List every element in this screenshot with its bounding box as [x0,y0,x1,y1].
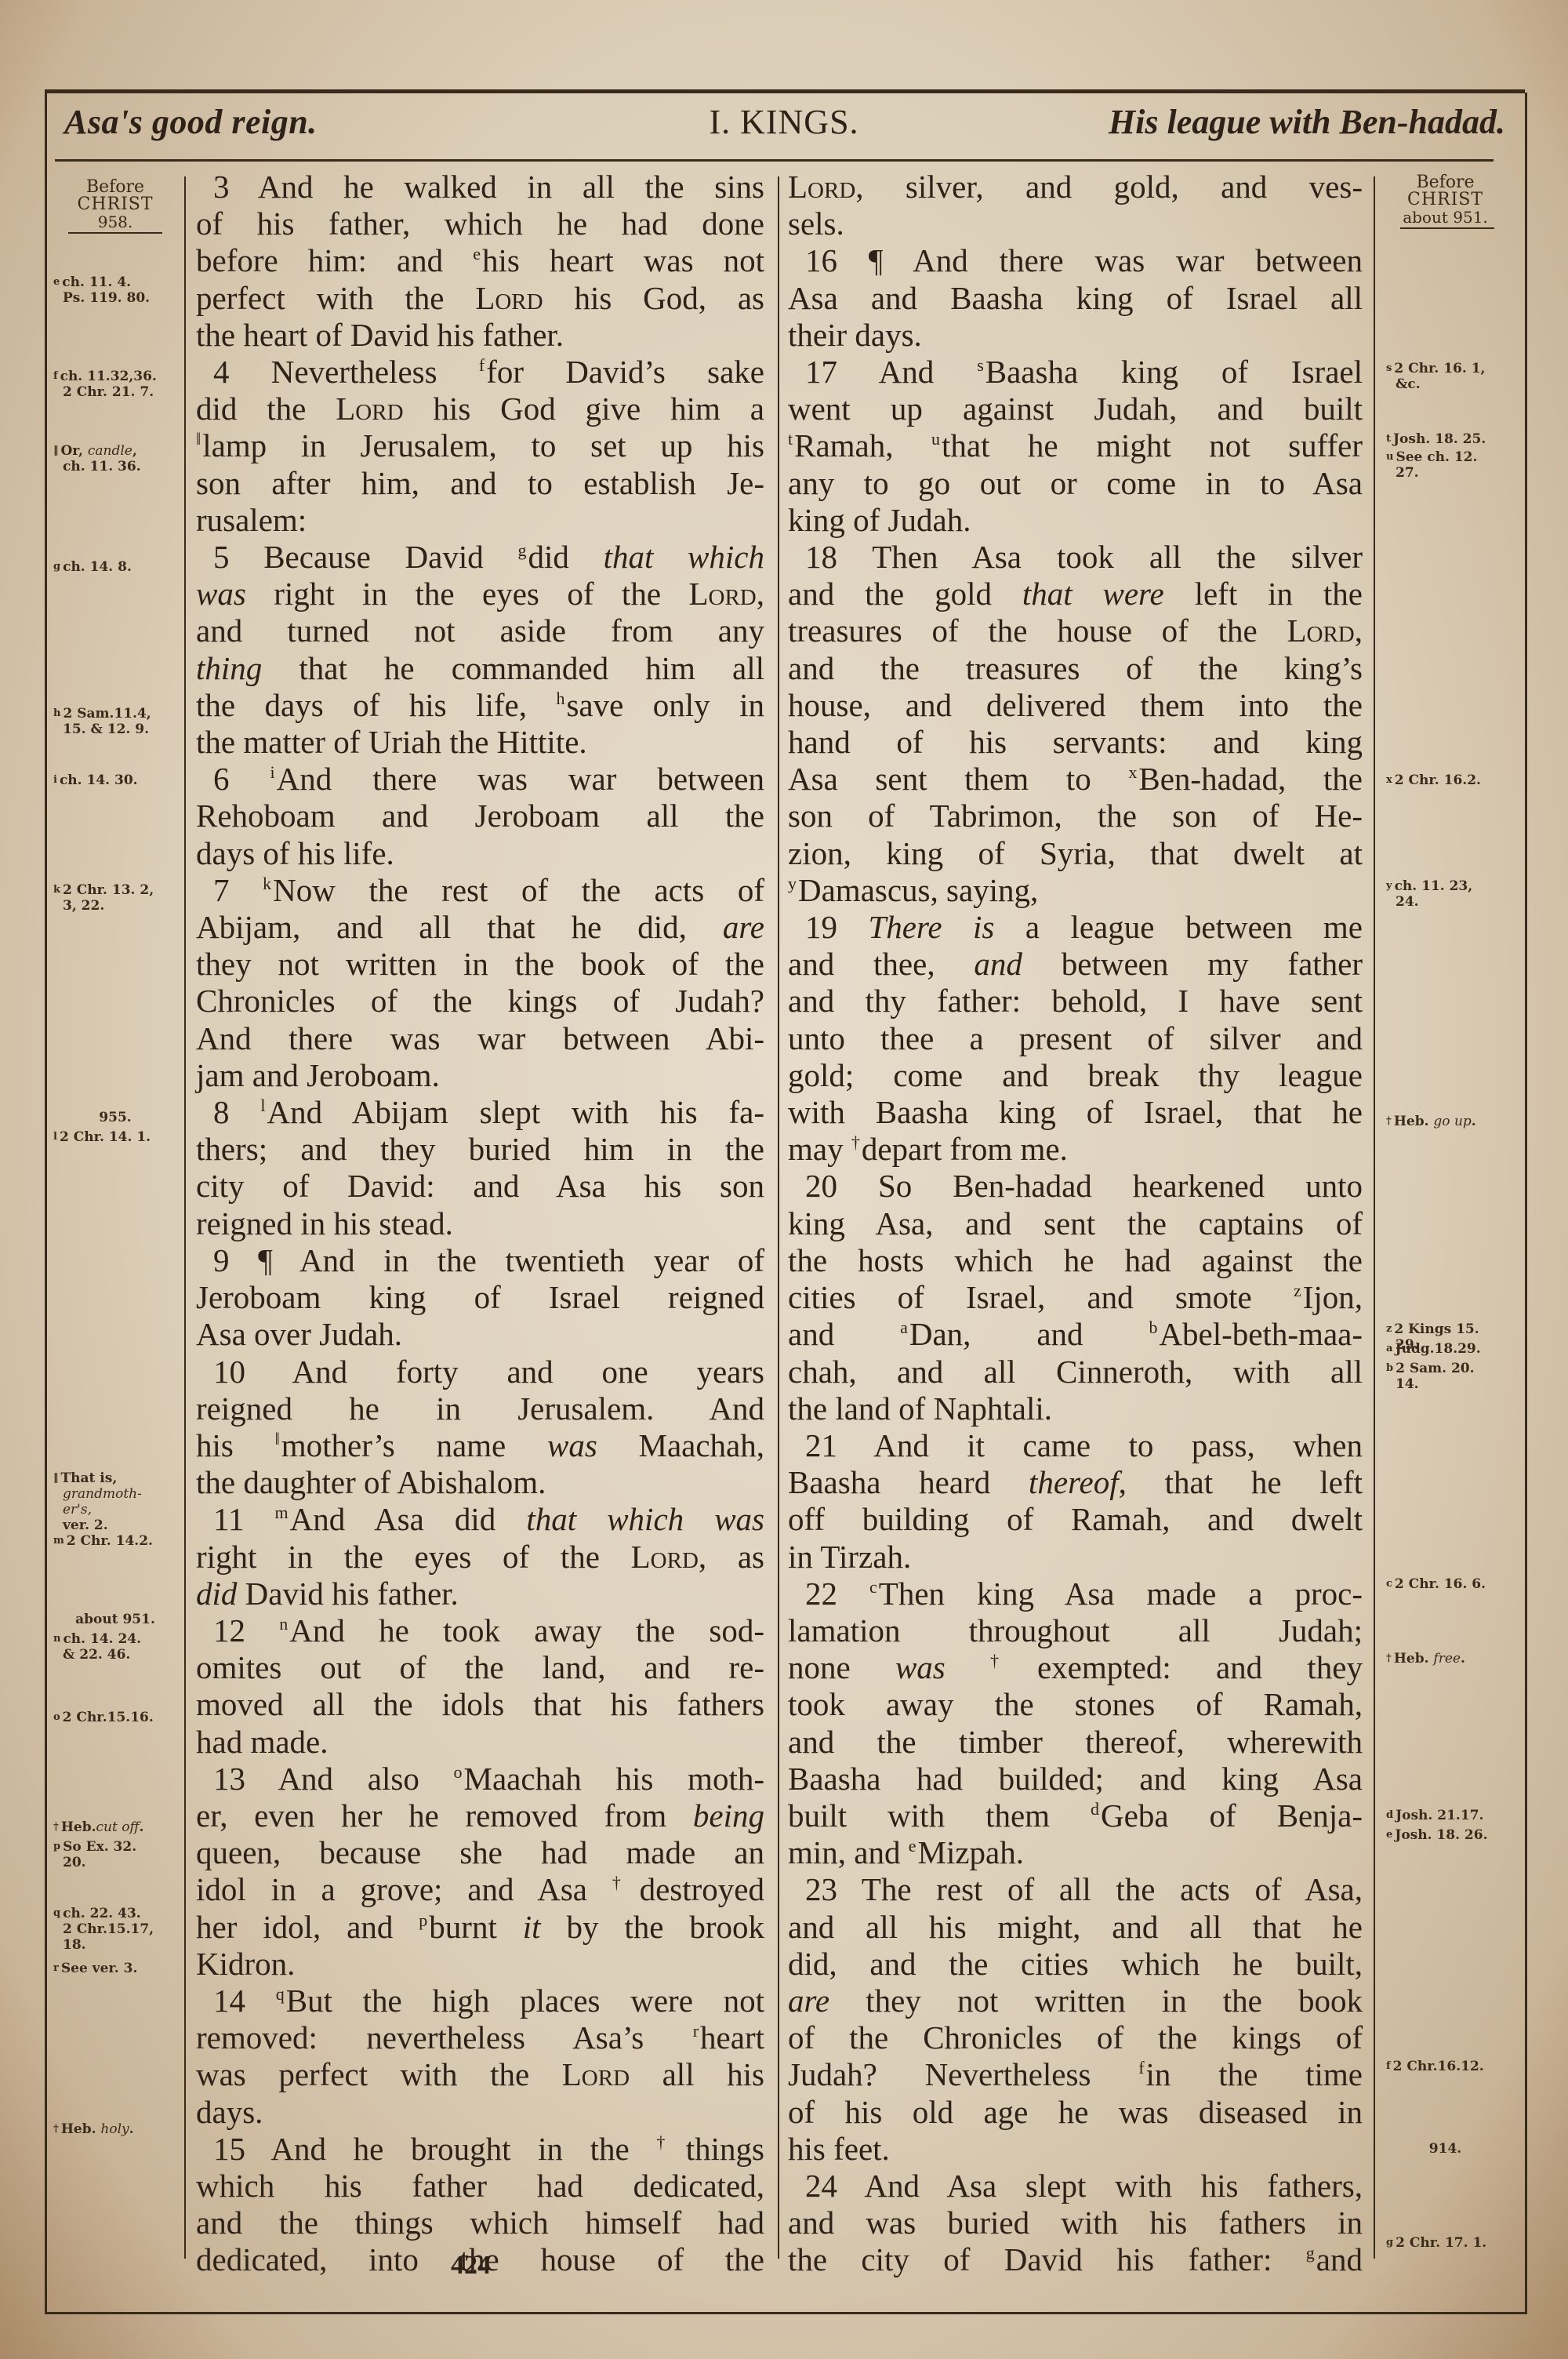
text-line: king Asa, and sent the captains of [788,1205,1363,1242]
italic-supplied-word: was [196,576,246,612]
reference-marker: † [851,1132,860,1152]
cross-reference-note: ych. 11. 23,24. [1386,878,1472,910]
note-marker: ‖ [53,445,59,456]
small-caps-lord: Lord [475,280,543,316]
reference-marker: u [931,429,940,449]
text-line: min, and eMizpah. [788,1834,1363,1871]
text-line: days of his life. [196,835,764,872]
reference-marker: s [977,355,984,375]
note-marker: f [1386,2060,1391,2072]
note-marker: h [53,707,60,719]
text-line: they not written in the book of the [196,946,764,983]
book-page: Asa's good reign. I. KINGS. His league w… [0,0,1568,2359]
reference-marker: f [1138,2058,1144,2077]
small-caps-lord: Lord [631,1539,699,1575]
reference-marker: r [693,2021,699,2041]
text-line: Lord, silver, and gold, and ves- [788,169,1363,205]
reference-marker: c [869,1577,877,1597]
italic-supplied-word: and [974,946,1022,982]
text-line: Kidron. [196,1946,764,1983]
text-line: house, and delivered them into the [788,687,1363,724]
note-marker: o [53,1711,60,1723]
christ-label: CHRIST [49,196,182,213]
cross-reference-note: fch. 11.32,36.2 Chr. 21. 7. [53,369,157,400]
text-line: sels. [788,205,1363,242]
text-line: their days. [788,317,1363,354]
text-line: hand of his servants: and king [788,724,1363,761]
right-margin-notes: Before CHRIST about 951. s2 Chr. 16. 1,&… [1377,0,1514,2359]
text-line: 5 Because David gdid that which [196,539,764,576]
italic-supplied-word: are [788,1983,829,2019]
left-margin-divider [184,176,186,2259]
cross-reference-note: s2 Chr. 16. 1,&c. [1386,361,1485,392]
cross-reference-note: c2 Chr. 16. 6. [1386,1576,1486,1592]
italic-supplied-word: thereof [1029,1464,1119,1500]
note-marker: n [53,1633,60,1645]
text-line: yDamascus, saying, [788,872,1363,909]
text-line: right in the eyes of the Lord, as [196,1539,764,1576]
text-line: Baasha heard thereof, that he left [788,1464,1363,1501]
cross-reference-note: ech. 11. 4.Ps. 119. 80. [53,274,150,306]
cross-reference-note: aJudg.18.29. [1386,1341,1481,1357]
cross-reference-note: k2 Chr. 13. 2,3, 22. [53,882,154,914]
text-line: 21 And it came to pass, when [788,1427,1363,1464]
small-caps-lord: Lord [788,169,855,205]
before-label: Before [49,179,182,196]
text-line: moved all the idols that his fathers [196,1686,764,1723]
reference-marker: x [1128,762,1137,782]
reference-marker: g [1306,2243,1315,2263]
text-line: 4 Nevertheless ffor David’s sake [196,354,764,391]
reference-marker: q [276,1984,285,2004]
italic-supplied-word: that were [1022,576,1164,612]
text-line: 23 The rest of all the acts of Asa, [788,1871,1363,1908]
text-line: idol in a grove; and Asa †destroyed [196,1871,764,1908]
text-line: ‖lamp in Jerusalem, to set up his [196,427,764,464]
reference-marker: g [517,540,526,560]
text-line: thing that he commanded him all [196,650,764,687]
text-line: tRamah, uthat he might not suffer [788,427,1363,464]
text-line: the days of his life, hsave only in [196,687,764,724]
reference-marker: p [419,1910,427,1930]
text-line: took away the stones of Ramah, [788,1686,1363,1723]
cross-reference-note: ‖That is,grandmoth-er's,ver. 2. [53,1470,142,1533]
text-line: Rehoboam and Jeroboam all the [196,798,764,834]
text-line: and the things which himself had [196,2205,764,2241]
cross-reference-note: †Heb. holy. [53,2121,134,2137]
text-line: rusalem: [196,502,764,539]
cross-reference-note: f2 Chr.16.12. [1386,2059,1484,2074]
text-line: removed: nevertheless Asa’s rheart [196,2019,764,2056]
text-line: Asa sent them to xBen-hadad, the [788,761,1363,798]
text-line: son of Tabrimon, the son of He- [788,798,1363,834]
text-line: which his father had dedicated, [196,2168,764,2205]
text-line: and the treasures of the king’s [788,650,1363,687]
right-margin-heading-rule [1400,227,1494,229]
text-line: 8 lAnd Abijam slept with his fa- [196,1094,764,1131]
note-marker: p [53,1841,60,1852]
note-marker: ‖ [53,1472,59,1484]
note-marker: l [53,1131,57,1143]
text-line: 9 ¶ And in the twentieth year of [196,1242,764,1279]
text-line: Jeroboam king of Israel reigned [196,1279,764,1316]
text-line: was perfect with the Lord all his [196,2056,764,2093]
text-line: of his father, which he had done [196,205,764,242]
note-marker: s [1386,362,1392,374]
text-line: zion, king of Syria, that dwelt at [788,835,1363,872]
note-marker: † [1386,1115,1392,1127]
text-line: the land of Naphtali. [788,1390,1363,1427]
text-line: 13 And also oMaachah his moth- [196,1761,764,1797]
note-marker: e [53,276,60,288]
italic-supplied-word: that which was [526,1501,764,1537]
cross-reference-note: qch. 22. 43.2 Chr.15.17,18. [53,1906,154,1953]
cross-reference-note: 914. [1377,2141,1514,2157]
cross-reference-note: uSee ch. 12.27. [1386,449,1477,481]
text-line: jam and Jeroboam. [196,1057,764,1094]
note-marker: d [1386,1809,1393,1821]
text-line: went up against Judah, and built [788,391,1363,427]
small-caps-lord: Lord [562,2056,630,2092]
reference-marker: b [1149,1318,1157,1337]
cross-reference-note: nch. 14. 24.& 22. 46. [53,1631,141,1663]
text-line: may †depart from me. [788,1131,1363,1168]
reference-marker: m [275,1503,289,1522]
note-marker: x [1386,774,1392,786]
text-line: are they not written in the book [788,1983,1363,2019]
text-line: of his old age he was diseased in [788,2094,1363,2131]
reference-marker: k [263,874,271,893]
italic-supplied-word: did [196,1576,237,1612]
text-line: in Tirzah. [788,1539,1363,1576]
italic-supplied-word: it [523,1909,541,1945]
text-line: the hosts which he had against the [788,1242,1363,1279]
cross-reference-note: pSo Ex. 32.20. [53,1839,136,1870]
italic-supplied-word: was [547,1427,597,1463]
reference-marker: † [990,1651,1036,1670]
text-line: her idol, and pburnt it by the brook [196,1909,764,1946]
text-line: 15 And he brought in the †things [196,2131,764,2168]
text-line: the heart of David his father. [196,317,764,354]
right-text-column: Lord, silver, and gold, and ves-sels.16 … [788,169,1363,2279]
italic-supplied-word: There is [868,909,994,945]
cross-reference-note: †Heb. free. [1386,1651,1465,1667]
note-marker: e [1386,1829,1392,1841]
text-line: off building of Ramah, and dwelt [788,1501,1363,1538]
text-line: of the Chronicles of the kings of [788,2019,1363,2056]
text-line: 7 kNow the rest of the acts of [196,872,764,909]
text-line: 10 And forty and one years [196,1354,764,1390]
text-line: his ‖mother’s name was Maachah, [196,1427,764,1464]
text-line: with Baasha king of Israel, that he [788,1094,1363,1131]
note-marker: c [1386,1578,1392,1590]
note-marker: r [53,1962,59,1974]
reference-marker: † [612,1873,638,1892]
text-line: omites out of the land, and re- [196,1649,764,1686]
reference-marker: d [1091,1799,1099,1819]
note-marker: † [53,2123,59,2135]
cross-reference-note: †Heb.cut off. [53,1819,143,1835]
cross-reference-note: tJosh. 18. 25. [1386,431,1486,447]
text-line: the matter of Uriah the Hittite. [196,724,764,761]
text-line: did David his father. [196,1576,764,1612]
text-line: 3 And he walked in all the sins [196,169,764,205]
center-column-divider [778,176,779,2259]
text-line: er, even her he removed from being [196,1797,764,1834]
text-line: and aDan, and bAbel-beth-maa- [788,1316,1363,1353]
text-line: before him: and ehis heart was not [196,242,764,279]
text-line: the daughter of Abishalom. [196,1464,764,1501]
cross-reference-note: m2 Chr. 14.2. [53,1533,153,1549]
note-marker: † [53,1821,59,1833]
reference-marker: h [556,689,564,708]
text-line: and thee, and between my father [788,946,1363,983]
before-label: Before [1377,174,1514,191]
note-marker: m [53,1535,64,1547]
text-line: did, and the cities which he built, [788,1946,1363,1983]
cross-reference-note: 955. [49,1110,182,1125]
reference-marker: ‖ [196,429,201,449]
year-label: about 951. [1377,209,1514,226]
text-line: 19 There is a league between me [788,909,1363,946]
text-line: treasures of the house of the Lord, [788,612,1363,649]
text-line: Judah? Nevertheless fin the time [788,2056,1363,2093]
cross-reference-note: eJosh. 18. 26. [1386,1827,1488,1843]
text-line: and was buried with his fathers in [788,2205,1363,2241]
text-line: and the timber thereof, wherewith [788,1724,1363,1761]
left-margin-heading-rule [68,232,162,234]
text-line: reigned in his stead. [196,1205,764,1242]
small-caps-lord: Lord [688,576,756,612]
note-marker: z [1386,1323,1392,1335]
text-line: unto thee a present of silver and [788,1020,1363,1057]
cross-reference-note: g2 Chr. 17. 1. [1386,2235,1486,2251]
text-line: reigned he in Jerusalem. And [196,1390,764,1427]
text-line: cities of Israel, and smote zIjon, [788,1279,1363,1316]
cross-reference-note: x2 Chr. 16.2. [1386,772,1481,788]
text-line: and the gold that were left in the [788,576,1363,612]
reference-marker: l [260,1096,265,1115]
text-line: 18 Then Asa took all the silver [788,539,1363,576]
note-marker: f [53,370,58,382]
reference-marker: e [909,1836,916,1856]
cross-reference-note: gch. 14. 8. [53,559,132,575]
italic-supplied-word: being [693,1797,764,1834]
text-line: none was †exempted: and they [788,1649,1363,1686]
text-line: thers; and they buried him in the [196,1131,764,1168]
note-marker: u [1386,451,1393,463]
reference-marker: i [270,762,275,782]
cross-reference-note: about 951. [49,1612,182,1627]
cross-reference-note: b2 Sam. 20.14. [1386,1361,1475,1392]
note-marker: q [53,1907,60,1919]
christ-label: CHRIST [1377,191,1514,209]
text-line: 17 And sBaasha king of Israel [788,354,1363,391]
italic-supplied-word: that which [604,539,764,575]
small-caps-lord: Lord [336,391,403,427]
text-line: 12 nAnd he took away the sod- [196,1612,764,1649]
text-line: 22 cThen king Asa made a proc- [788,1576,1363,1612]
page-number: 424 [451,2251,491,2281]
header-rule [55,159,1494,162]
note-marker: t [1386,433,1391,445]
note-marker: k [53,884,60,896]
reference-marker: ‖ [275,1429,280,1448]
right-margin-divider [1374,176,1375,2259]
text-line: 16 ¶ And there was war between [788,242,1363,279]
text-line: and turned not aside from any [196,612,764,649]
text-line: built with them dGeba of Benja- [788,1797,1363,1834]
text-line: and thy father: behold, I have sent [788,983,1363,1020]
text-line: 14 qBut the high places were not [196,1983,764,2019]
text-line: lamation throughout all Judah; [788,1612,1363,1649]
left-margin-notes: Before CHRIST 958. ech. 11. 4.Ps. 119. 8… [49,0,182,2359]
text-line: was right in the eyes of the Lord, [196,576,764,612]
right-margin-date-heading: Before CHRIST about 951. [1377,174,1514,226]
cross-reference-note: †Heb. go up. [1386,1114,1476,1129]
note-marker: y [1386,880,1392,892]
year-label: 958. [49,213,182,231]
cross-reference-note: l2 Chr. 14. 1. [53,1129,151,1145]
text-line: 24 And Asa slept with his fathers, [788,2168,1363,2205]
reference-marker: a [900,1318,908,1337]
reference-marker: o [454,1762,463,1782]
cross-reference-note: ich. 14. 30. [53,772,138,788]
text-line: son after him, and to establish Je- [196,465,764,502]
text-line: Baasha had builded; and king Asa [788,1761,1363,1797]
small-caps-lord: Lord [1287,612,1354,649]
text-line: and all his might, and all that he [788,1909,1363,1946]
text-line: 20 So Ben-hadad hearkened unto [788,1168,1363,1205]
text-line: Chronicles of the kings of Judah? [196,983,764,1020]
text-line: had made. [196,1724,764,1761]
cross-reference-note: rSee ver. 3. [53,1961,137,1976]
text-line: Abijam, and all that he did, are [196,909,764,946]
text-line: the city of David his father: gand [788,2241,1363,2278]
note-marker: a [1386,1343,1392,1354]
reference-marker: t [788,429,793,449]
cross-reference-note: h2 Sam.11.4,15. & 12. 9. [53,706,151,737]
text-line: chah, and all Cinneroth, with all [788,1354,1363,1390]
italic-supplied-word: thing [196,650,262,686]
italic-supplied-word: was [895,1649,946,1685]
cross-reference-note: ‖Or, candle,ch. 11. 36. [53,443,141,474]
text-line: perfect with the Lord his God, as [196,280,764,317]
left-text-column: 3 And he walked in all the sinsof his fa… [196,169,764,2279]
note-marker: g [53,561,60,572]
text-line: gold; come and break thy league [788,1057,1363,1094]
running-header: Asa's good reign. I. KINGS. His league w… [47,96,1521,158]
text-line: king of Judah. [788,502,1363,539]
left-margin-date-heading: Before CHRIST 958. [49,179,182,231]
text-line: Asa over Judah. [196,1316,764,1353]
cross-reference-note: dJosh. 21.17. [1386,1808,1483,1823]
italic-supplied-word: are [723,909,764,945]
text-line: And there was war between Abi- [196,1020,764,1057]
reference-marker: f [479,355,485,375]
reference-marker: † [656,2132,684,2152]
text-line: city of David: and Asa his son [196,1168,764,1205]
note-marker: † [1386,1652,1392,1664]
note-marker: g [1386,2237,1393,2248]
reference-marker: z [1294,1281,1301,1300]
text-line: days. [196,2094,764,2131]
text-line: his feet. [788,2131,1363,2168]
text-line: 6 iAnd there was war between [196,761,764,798]
reference-marker: y [788,874,797,893]
text-line: Asa and Baasha king of Israel all [788,280,1363,317]
reference-marker: e [473,244,481,264]
text-line: did the Lord his God give him a [196,391,764,427]
reference-marker: n [279,1614,288,1634]
text-line: 11 mAnd Asa did that which was [196,1501,764,1538]
cross-reference-note: o2 Chr.15.16. [53,1710,154,1725]
text-line: any to go out or come in to Asa [788,465,1363,502]
note-marker: b [1386,1362,1393,1374]
text-line: queen, because she had made an [196,1834,764,1871]
note-marker: i [53,774,57,786]
